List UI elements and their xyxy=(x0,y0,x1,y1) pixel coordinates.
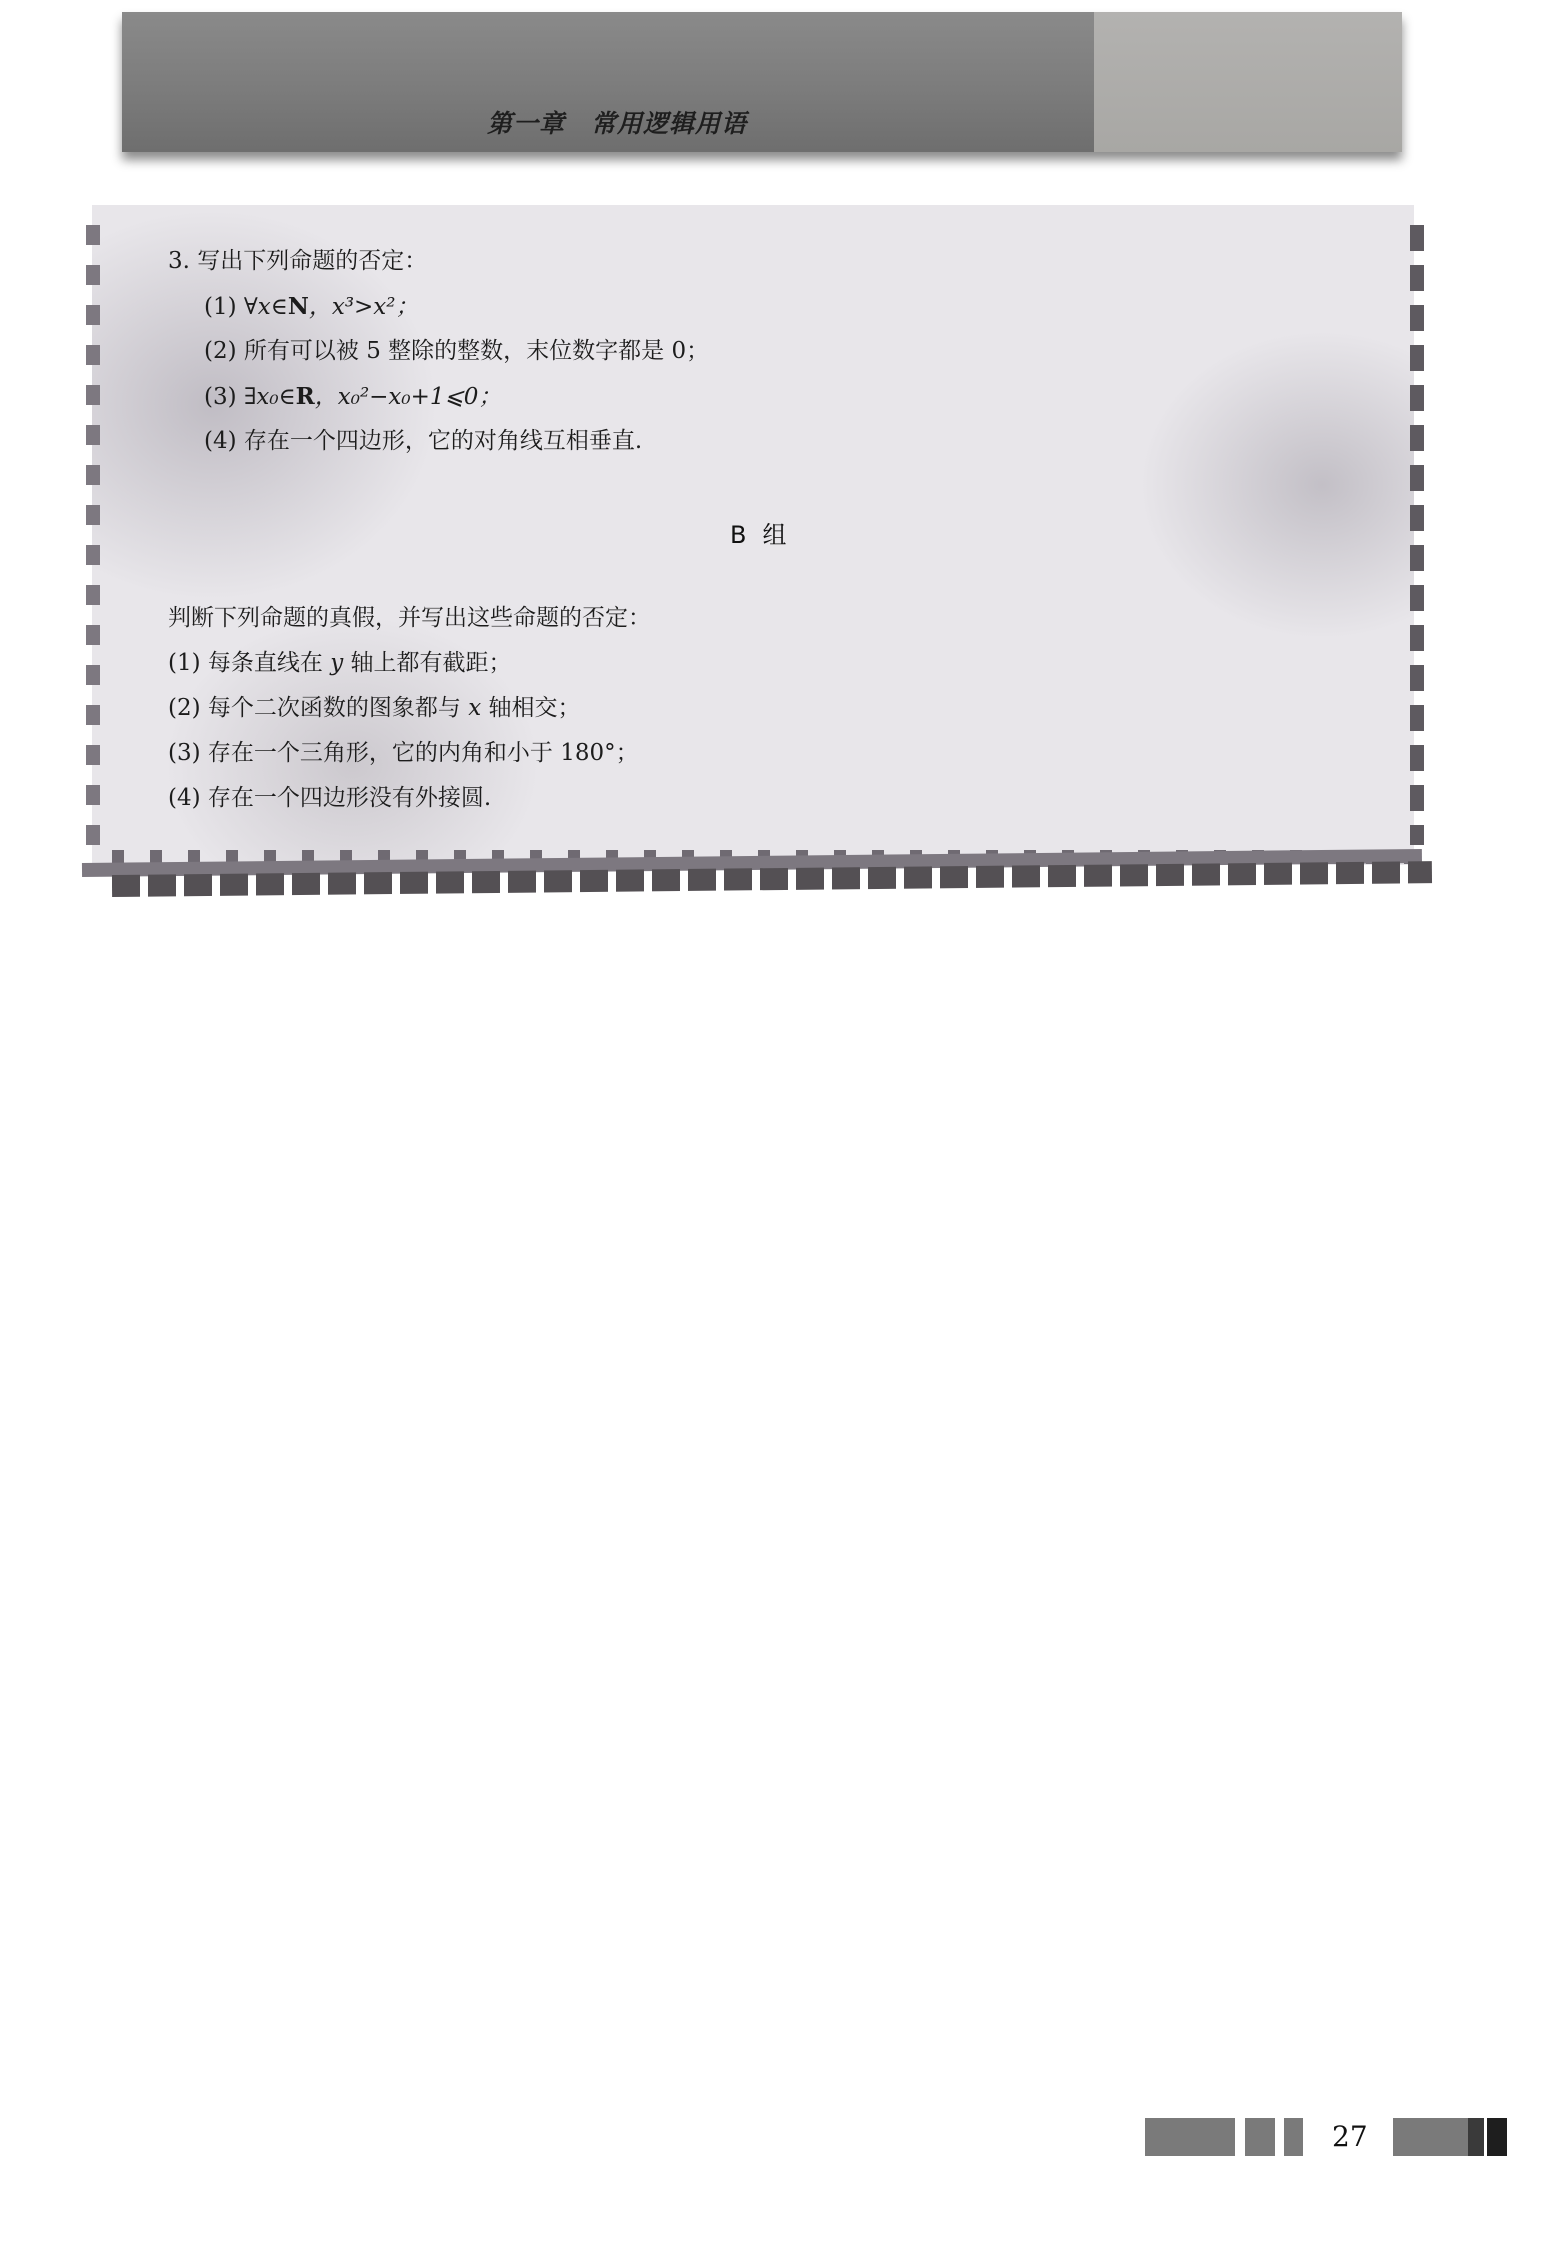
footer-bar-decoration xyxy=(1145,2118,1235,2156)
chapter-tab: 1 第一章 xyxy=(1094,12,1402,152)
item-number: (1) xyxy=(204,294,237,320)
item-number: (3) xyxy=(204,384,237,410)
group-b-item-2: (2) 每个二次函数的图象都与 x 轴相交； xyxy=(168,697,581,720)
running-title-chapter: 第一章 xyxy=(487,109,565,138)
footer-bar-decoration xyxy=(1393,2118,1468,2156)
item-number: (2) xyxy=(168,695,201,721)
exercise-panel: 3. 写出下列命题的否定： (1) ∀x∈N，x³>x²； (2) 所有可以被 … xyxy=(92,205,1414,865)
group-b-item-1: (1) 每条直线在 y 轴上都有截距； xyxy=(168,652,512,675)
item-number: (2) xyxy=(204,338,237,364)
header-main-band: 第一章常用逻辑用语 xyxy=(122,12,1094,152)
item-number: (1) xyxy=(168,650,201,676)
footer-bar-decoration xyxy=(1487,2118,1507,2156)
running-title: 第一章常用逻辑用语 xyxy=(487,104,747,140)
group-b-item-3: (3) 存在一个三角形，它的内角和小于 180°； xyxy=(168,742,639,765)
exercise-3-item-1: (1) ∀x∈N，x³>x²； xyxy=(204,295,419,319)
chapter-header: 第一章常用逻辑用语 1 第一章 xyxy=(122,12,1402,152)
group-b-prompt: 判断下列命题的真假，并写出这些命题的否定： xyxy=(168,607,651,630)
exercise-3-item-3: (3) ∃x₀∈R，x₀²−x₀+1⩽0； xyxy=(204,385,501,409)
exercise-3-prompt: 3. 写出下列命题的否定： xyxy=(168,250,427,273)
item-number: (4) xyxy=(204,428,237,454)
panel-left-border xyxy=(86,225,100,845)
panel-right-border xyxy=(1410,225,1424,845)
running-title-name: 常用逻辑用语 xyxy=(591,109,747,138)
page-number: 27 xyxy=(1332,2120,1368,2153)
footer-bar-decoration xyxy=(1245,2118,1275,2156)
group-b-heading: B组 xyxy=(730,515,788,550)
item-number: (3) xyxy=(168,740,201,766)
footer-bar-decoration xyxy=(1284,2118,1303,2156)
exercise-3-item-2: (2) 所有可以被 5 整除的整数，末位数字都是 0； xyxy=(204,340,709,363)
exercise-3-item-4: (4) 存在一个四边形，它的对角线互相垂直. xyxy=(204,430,642,453)
item-number: (4) xyxy=(168,785,201,811)
group-b-item-4: (4) 存在一个四边形没有外接圆. xyxy=(168,787,491,810)
footer-bar-decoration xyxy=(1468,2118,1484,2156)
